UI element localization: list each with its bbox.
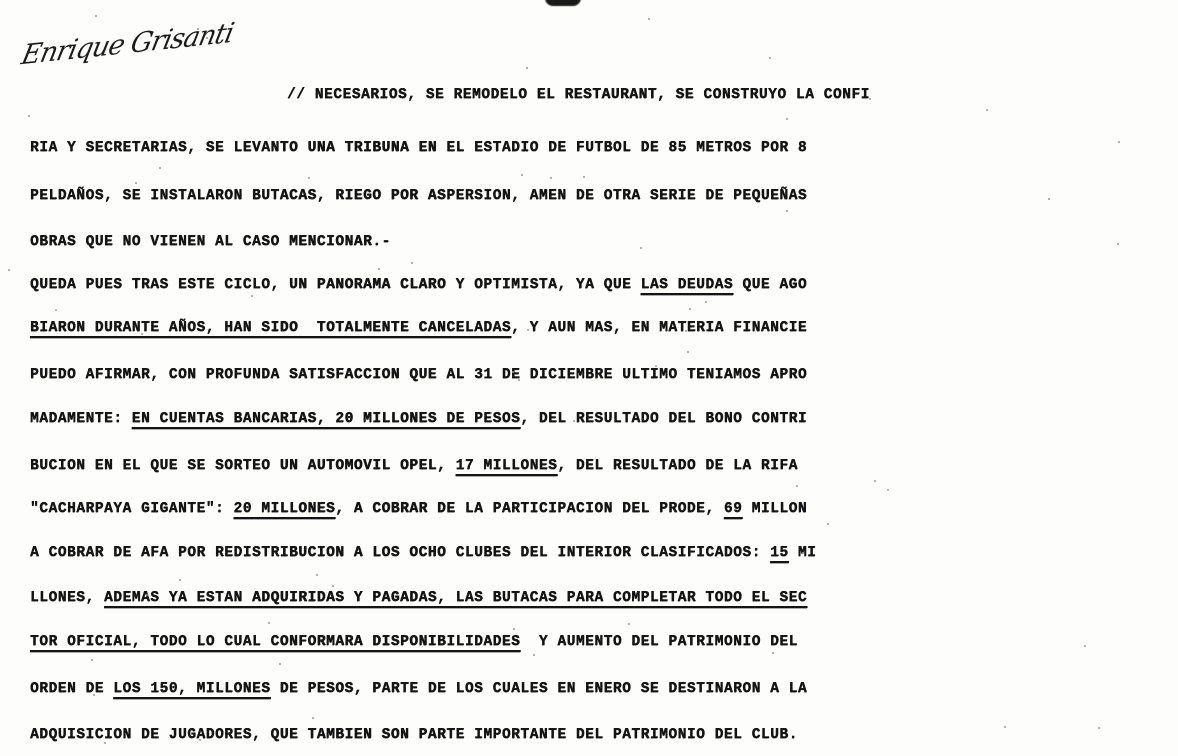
underlined-text: ADEMAS YA ESTAN ADQUIRIDAS Y PAGADAS, LA… [104, 590, 807, 606]
speck [802, 552, 804, 554]
speck [655, 365, 657, 367]
text-segment: QUEDA PUES TRAS ESTE CICLO, UN PANORAMA … [30, 277, 641, 293]
text-segment: MADAMENTE: [30, 411, 132, 427]
speck [986, 109, 988, 111]
speck [769, 57, 771, 59]
text-line: OBRAS QUE NO VIENEN AL CASO MENCIONAR.- [30, 234, 391, 250]
text-segment: PUEDO AFIRMAR, CON PROFUNDA SATISFACCION… [30, 367, 807, 383]
speck [550, 177, 552, 179]
speck [206, 37, 208, 39]
speck [411, 262, 413, 264]
text-segment: MILLON [742, 501, 807, 517]
speck [135, 182, 137, 184]
underlined-text: LAS DEUDAS [641, 277, 734, 293]
speck [332, 585, 334, 587]
speck [772, 652, 774, 654]
text-line: LLONES, ADEMAS YA ESTAN ADQUIRIDAS Y PAG… [30, 590, 807, 606]
text-segment: PELDAÑOS, SE INSTALARON BUTACAS, RIEGO P… [30, 188, 807, 204]
speck [378, 268, 380, 270]
speck [1118, 141, 1120, 143]
speck [55, 309, 57, 311]
text-line: ADQUISICION DE JUGADORES, QUE TAMBIEN SO… [30, 727, 798, 743]
underlined-text: 17 MILLONES [456, 458, 558, 474]
text-line: A COBRAR DE AFA POR REDISTRIBUCION A LOS… [30, 545, 816, 561]
speck [640, 247, 642, 249]
text-segment: ADQUISICION DE JUGADORES, QUE TAMBIEN SO… [30, 727, 798, 743]
speck [316, 574, 318, 576]
text-segment: , DEL RESULTADO DE LA RIFA [557, 458, 798, 474]
speck [199, 739, 201, 741]
speck [648, 18, 650, 20]
speck [521, 174, 523, 176]
speck [689, 308, 691, 310]
text-segment: BUCION EN EL QUE SE SORTEO UN AUTOMOVIL … [30, 458, 456, 474]
underlined-text: TOR OFICIAL, TODO LO CUAL CONFORMARA DIS… [30, 634, 520, 650]
speck [869, 98, 871, 100]
text-line: PUEDO AFIRMAR, CON PROFUNDA SATISFACCION… [30, 367, 807, 383]
speck [268, 622, 270, 624]
text-segment: OBRAS QUE NO VIENEN AL CASO MENCIONAR.- [30, 234, 391, 250]
text-segment: , A COBRAR DE LA PARTICIPACION DEL PRODE… [335, 501, 724, 517]
speck [179, 579, 181, 581]
speck [1048, 198, 1050, 200]
speck [687, 351, 689, 353]
signature: Enrique Grisanti [19, 17, 236, 71]
speck [490, 412, 492, 414]
speck [141, 333, 143, 335]
text-line: MADAMENTE: EN CUENTAS BANCARIAS, 20 MILL… [30, 411, 807, 427]
text-segment: , Y AUN MAS, EN MATERIA FINANCIE [511, 320, 807, 336]
speck [573, 420, 575, 422]
underlined-text: BIARON DURANTE AÑOS, HAN SIDO TOTALMENTE… [30, 320, 511, 336]
speck [705, 301, 707, 303]
speck [533, 654, 535, 656]
speck [1117, 243, 1119, 245]
page-number-mark [545, 0, 581, 6]
text-segment: ORDEN DE [30, 681, 113, 697]
text-line: // NECESARIOS, SE REMODELO EL RESTAURANT… [287, 87, 870, 103]
text-line: ORDEN DE LOS 150, MILLONES DE PESOS, PAR… [30, 681, 807, 697]
speck [1004, 726, 1006, 728]
text-segment: Y AUMENTO DEL PATRIMONIO DEL [520, 634, 798, 650]
speck [104, 742, 106, 744]
speck [518, 379, 520, 381]
speck [1084, 645, 1086, 647]
text-segment: QUE AGO [733, 277, 807, 293]
speck [312, 717, 314, 719]
speck [279, 663, 281, 665]
text-segment: // NECESARIOS, SE REMODELO EL RESTAURANT… [287, 87, 870, 103]
underlined-text: 20 MILLONES [234, 501, 336, 517]
underlined-text: LOS 150, MILLONES [113, 681, 270, 697]
speck [8, 269, 10, 271]
text-line: BIARON DURANTE AÑOS, HAN SIDO TOTALMENTE… [30, 320, 807, 336]
speck [526, 67, 528, 69]
speck [197, 28, 199, 30]
text-segment: RIA Y SECRETARIAS, SE LEVANTO UNA TRIBUN… [30, 140, 807, 156]
text-line: RIA Y SECRETARIAS, SE LEVANTO UNA TRIBUN… [30, 140, 807, 156]
speck [146, 594, 148, 596]
underlined-text: 69 [724, 501, 743, 517]
text-segment: A COBRAR DE AFA POR REDISTRIBUCION A LOS… [30, 545, 770, 561]
speck [95, 15, 97, 17]
speck [827, 523, 829, 525]
text-segment: , DEL RESULTADO DEL BONO CONTRI [520, 411, 807, 427]
underlined-text: 15 [770, 545, 789, 561]
text-line: "CACHARPAYA GIGANTE": 20 MILLONES, A COB… [30, 501, 807, 517]
text-line: TOR OFICIAL, TODO LO CUAL CONFORMARA DIS… [30, 634, 798, 650]
speck [512, 371, 514, 373]
speck [28, 115, 30, 117]
speck [527, 329, 529, 331]
speck [1098, 727, 1100, 729]
speck [91, 659, 93, 661]
speck [93, 694, 95, 696]
text-segment: "CACHARPAYA GIGANTE": [30, 501, 234, 517]
text-line: BUCION EN EL QUE SE SORTEO UN AUTOMOVIL … [30, 458, 798, 474]
underlined-text: EN CUENTAS BANCARIAS, 20 MILLONES DE PES… [132, 411, 521, 427]
speck [513, 628, 515, 630]
text-segment: LLONES, [30, 590, 104, 606]
speck [786, 210, 788, 212]
speck [251, 295, 253, 297]
text-line: QUEDA PUES TRAS ESTE CICLO, UN PANORAMA … [30, 277, 807, 293]
speck [874, 480, 876, 482]
speck [887, 489, 889, 491]
text-line: PELDAÑOS, SE INSTALARON BUTACAS, RIEGO P… [30, 188, 807, 204]
speck [796, 485, 798, 487]
speck [685, 330, 687, 332]
speck [786, 118, 788, 120]
speck [628, 623, 630, 625]
speck [159, 167, 161, 169]
document-page: Enrique Grisanti // NECESARIOS, SE REMOD… [0, 0, 1178, 756]
speck [583, 176, 585, 178]
speck [308, 177, 310, 179]
text-segment: DE PESOS, PARTE DE LOS CUALES EN ENERO S… [271, 681, 808, 697]
